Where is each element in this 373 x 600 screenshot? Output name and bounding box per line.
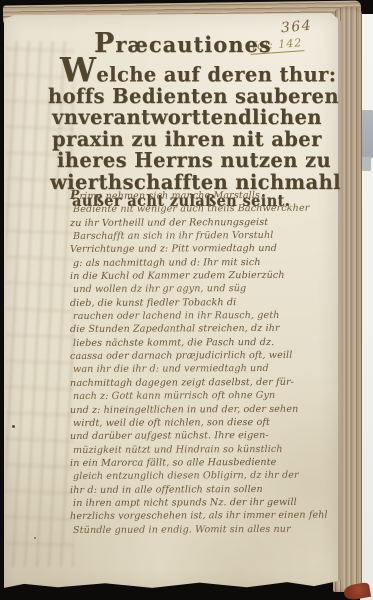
manuscript-line: und darüber aufgest nüchst. Ihre eigen- (70, 429, 330, 444)
manuscript-line: ihr d: und in alle offentlich stain soll… (70, 482, 330, 497)
manuscript-line: gleich entzunglich diesen Obligirn, dz i… (73, 469, 330, 484)
manuscript-line: Bediente nit weniger auch theils Bachwer… (73, 202, 330, 217)
manuscript-line: herzlichs vorgeschehen ist, als ihr imme… (70, 509, 330, 524)
heading-line: iheres Herrns nutzen zu (57, 149, 368, 172)
manuscript-line: Stündle gnued in endig. Womit sin alles … (73, 522, 330, 537)
manuscript-line: zu ihr Vortheill und der Rechnungsgeist (70, 215, 330, 230)
manuscript-line: Verrichtunge und z: Pitt vormiedtagh und (70, 242, 330, 257)
heading-line: praxin zu ihren nit aber (52, 128, 368, 151)
page-number: 364 (280, 18, 313, 37)
ink-speck (12, 425, 15, 428)
scan-frame: 364 fol: 142 Præcautiones Welche auf der… (0, 0, 373, 600)
manuscript-line: Primo nehmen sich manche Marstalls (70, 187, 330, 204)
heading-line: vnverantworttendlichen (52, 106, 368, 129)
manuscript-line: wan ihr die ihr d: und vermiedtagh und (73, 362, 330, 377)
manuscript-line: und z: hineingeltlichen in und der, oder… (70, 402, 330, 417)
ink-speck (34, 537, 36, 539)
manuscript-line: müzigkeit nützt und Hindrain so künstlic… (73, 442, 330, 457)
heading-line: hoffs Bedienten sauberen (48, 85, 368, 108)
heading-line: Welche auf deren thur: (60, 59, 368, 86)
body-text: Primo nehmen sich manche MarstallsBedien… (70, 188, 330, 537)
manuscript-page: 364 fol: 142 Præcautiones Welche auf der… (4, 13, 341, 589)
manuscript-line: und wollen dz ihr gr agyn, und süg (73, 282, 330, 297)
page-title: Præcautiones (94, 28, 272, 59)
manuscript-line: nach z: Gott kann mürrisch oft ohne Gyn (73, 389, 330, 404)
manuscript-line: die Stunden Zapedanthal streichen, dz ih… (70, 322, 330, 337)
